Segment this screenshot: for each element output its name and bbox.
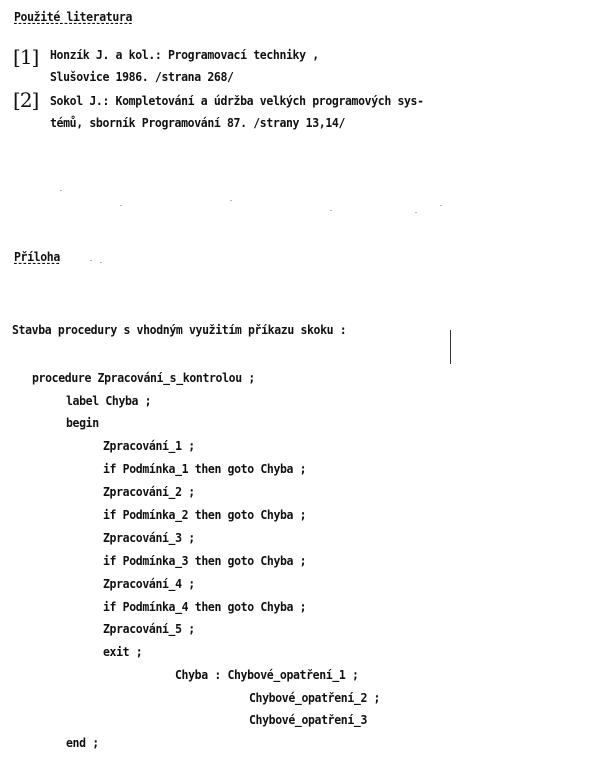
ref-1-line-1: Honzík J. a kol.: Programovací techniky … [50, 47, 319, 63]
scan-speck [230, 200, 232, 201]
code-line: Chybové_opatření_3 [249, 712, 367, 728]
scan-speck [330, 210, 332, 211]
scan-speck [440, 205, 442, 206]
ref-2-line-2: témů, sborník Programování 87. /strany 1… [50, 115, 345, 131]
code-line: Zpracování_4 ; [103, 576, 195, 592]
code-line: if Podmínka_1 then goto Chyba ; [103, 461, 306, 477]
code-line: Zpracování_1 ; [103, 438, 195, 454]
literature-heading: Použité literatura [14, 9, 132, 25]
scan-speck [100, 262, 102, 263]
appendix-intro: Stavba procedury s vhodným využitím přík… [12, 322, 346, 338]
code-line: begin [66, 415, 99, 431]
code-line: exit ; [103, 644, 142, 660]
code-line: Chyba : Chybové_opatření_1 ; [175, 667, 359, 683]
code-line: Zpracování_2 ; [103, 484, 195, 500]
code-line: if Podmínka_4 then goto Chyba ; [103, 599, 306, 615]
code-line: if Podmínka_3 then goto Chyba ; [103, 553, 306, 569]
ref-2-number: [2] [13, 90, 38, 110]
scan-speck [90, 260, 92, 261]
code-line: end ; [66, 735, 99, 751]
pen-mark [450, 330, 451, 364]
appendix-heading: Příloha [14, 249, 60, 265]
code-line: Zpracování_5 ; [103, 621, 195, 637]
ref-2-line-1: Sokol J.: Kompletování a údržba velkých … [50, 93, 424, 109]
ref-1-number: [1] [13, 47, 38, 67]
code-line: Chybové_opatření_2 ; [249, 690, 380, 706]
code-line: Zpracování_3 ; [103, 530, 195, 546]
scan-speck [120, 205, 122, 206]
scan-speck [415, 212, 417, 213]
ref-1-line-2: Slušovice 1986. /strana 268/ [50, 69, 234, 85]
code-line: procedure Zpracování_s_kontrolou ; [32, 370, 255, 386]
code-line: label Chyba ; [66, 393, 151, 409]
code-line: if Podmínka_2 then goto Chyba ; [103, 507, 306, 523]
scan-speck [60, 190, 62, 191]
